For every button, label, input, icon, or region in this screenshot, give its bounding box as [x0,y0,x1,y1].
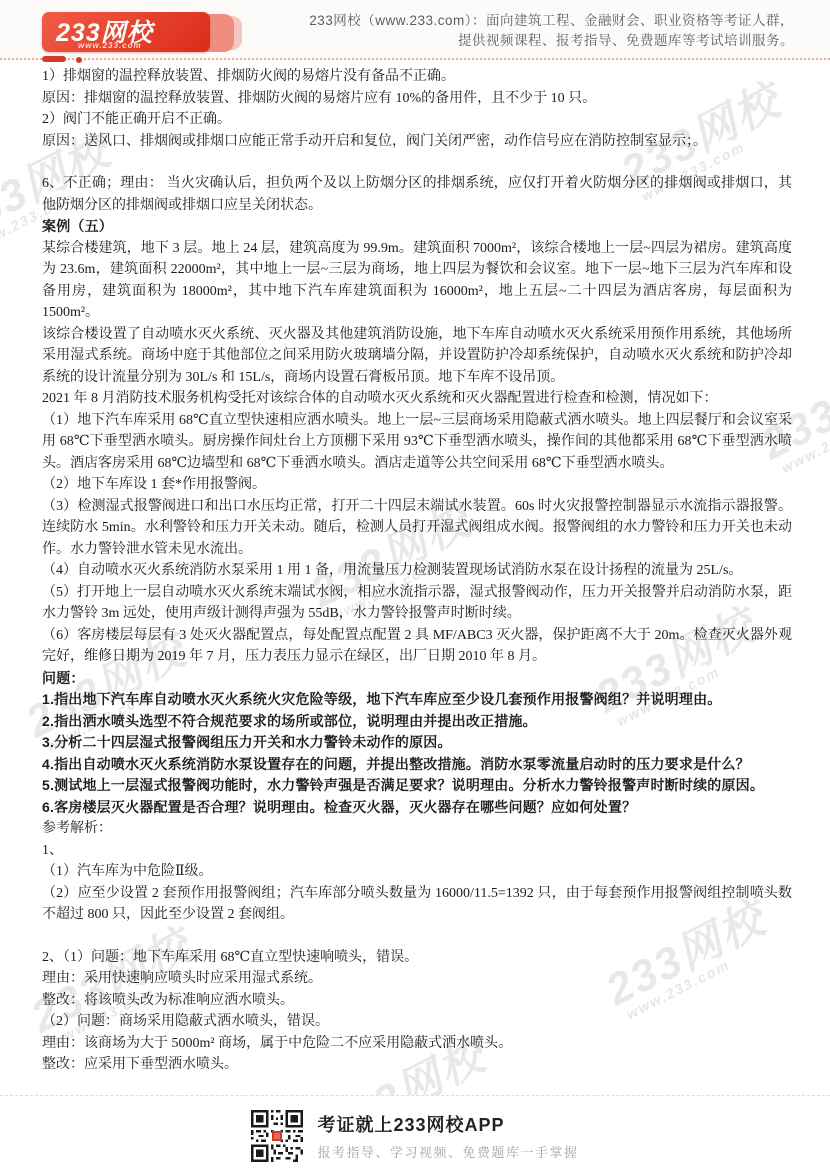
case-title: 案例（五） [42,216,792,238]
logo-dot-decoration [76,57,82,63]
page-footer: 考证就上233网校APP 报考指导、学习视频、免费题库一手掌握 [0,1095,830,1175]
question-5: 5.测试地上一层湿式报警阀功能时，水力警铃声强是否满足要求？说明理由。分析水力警… [42,775,792,797]
analysis-heading: 参考解析： [42,818,792,840]
tagline-line-2: 提供视频课程、报考指导、免费题库等考试培训服务。 [309,31,794,51]
footer-text-block: 考证就上233网校APP 报考指导、学习视频、免费题库一手掌握 [317,1111,578,1161]
finding-1: （1）地下汽车库采用 68℃直立型快速相应洒水喷头。地上一层~三层商场采用隐蔽式… [42,410,792,475]
answer-reason-2: 原因：送风口、排烟阀或排烟口应能正常手动开启和复位，阀门关闭严密，动作信号应在消… [42,131,792,153]
answer-item-1: 1）排烟窗的温控释放装置、排烟防火阀的易熔片没有备品不正确。 [42,66,792,88]
logo-badge: 233网校 www.233.com [42,12,210,52]
document-body: 1）排烟窗的温控释放装置、排烟防火阀的易熔片没有备品不正确。 原因：排烟窗的温控… [0,60,830,1076]
question-3: 3.分析二十四层湿式报警阀组压力开关和水力警铃未动作的原因。 [42,732,792,754]
finding-4: （4）自动喷水灭火系统消防水泵采用 1 用 1 备，用流量压力检测装置现场试消防… [42,560,792,582]
footer-app-title: 考证就上233网校APP [317,1111,578,1137]
question-2: 2.指出洒水喷头选型不符合规范要求的场所或部位，说明理由并提出改正措施。 [42,711,792,733]
question-1: 1.指出地下汽车库自动喷水灭火系统火灾危险等级，地下汽车库应至少设几套预作用报警… [42,689,792,711]
case-inspection-intro: 2021 年 8 月消防技术服务机构受托对该综合体的自动喷水灭火系统和灭火器配置… [42,388,792,410]
finding-2: （2）地下车库设 1 套*作用报警阀。 [42,474,792,496]
questions-heading: 问题： [42,668,792,690]
site-tagline: 233网校（www.233.com）：面向建筑工程、金融财会、职业资格等考证人群… [309,11,794,51]
analysis-1-label: 1、 [42,840,792,862]
analysis-2-fix-2: 整改：应采用下垂型洒水喷头。 [42,1054,792,1076]
qr-code [251,1110,303,1162]
answer-item-2: 2）阀门不能正确开启不正确。 [42,109,792,131]
analysis-2-fix-1: 整改：将该喷头改为标准响应洒水喷头。 [42,990,792,1012]
analysis-2-problem-1: 2、（1）问题：地下车库采用 68℃直立型快速响喷头，错误。 [42,947,792,969]
question-6: 6.客房楼层灭火器配置是否合理？说明理由。检查灭火器，灭火器存在哪些问题？应如何… [42,797,792,819]
tagline-line-1: 233网校（www.233.com）：面向建筑工程、金融财会、职业资格等考证人群… [309,11,794,31]
case-description-systems: 该综合楼设置了自动喷水灭火系统、灭火器及其他建筑消防设施，地下车库自动喷水灭火系… [42,324,792,389]
analysis-1-point-2: （2）应至少设置 2 套预作用报警阀组；汽车库部分喷头数量为 16000/11.… [42,883,792,926]
analysis-2-problem-2: （2）问题：商场采用隐蔽式洒水喷头，错误。 [42,1011,792,1033]
logo-url-text: www.233.com [78,41,142,50]
finding-6: （6）客房楼层每层有 3 处灭火器配置点，每处配置点配置 2 具 MF/ABC3… [42,625,792,668]
question-4: 4.指出自动喷水灭火系统消防水泵设置存在的问题，并提出整改措施。消防水泵零流量启… [42,754,792,776]
analysis-2-reason-2: 理由：该商场为大于 5000m² 商场，属于中危险二不应采用隐蔽式洒水喷头。 [42,1033,792,1055]
analysis-2-reason-1: 理由：采用快速响应喷头时应采用湿式系统。 [42,968,792,990]
brand-logo: 233网校 www.233.com [42,10,272,58]
finding-5: （5）打开地上一层自动喷水灭火系统末端试水阀，相应水流指示器，湿式报警阀动作，压… [42,582,792,625]
case-description-building: 某综合楼建筑，地下 3 层。地上 24 层，建筑高度为 99.9m。建筑面积 7… [42,238,792,324]
answer-item-6: 6、不正确；理由： 当火灾确认后，担负两个及以上防烟分区的排烟系统，应仅打开着火… [42,173,792,216]
footer-app-subtitle: 报考指导、学习视频、免费题库一手掌握 [317,1142,578,1161]
analysis-1-point-1: （1）汽车库为中危险Ⅱ级。 [42,861,792,883]
document-page: 233网校 www.233.com 233网校（www.233.com）：面向建… [0,0,830,1175]
logo-dash-decoration [42,56,66,62]
page-header: 233网校 www.233.com 233网校（www.233.com）：面向建… [0,0,830,60]
finding-3: （3）检测湿式报警阀进口和出口水压均正常，打开二十四层末端试水装置。60s 时火… [42,496,792,561]
answer-reason-1: 原因：排烟窗的温控释放装置、排烟防火阀的易熔片应有 10%的备用件，且不少于 1… [42,88,792,110]
